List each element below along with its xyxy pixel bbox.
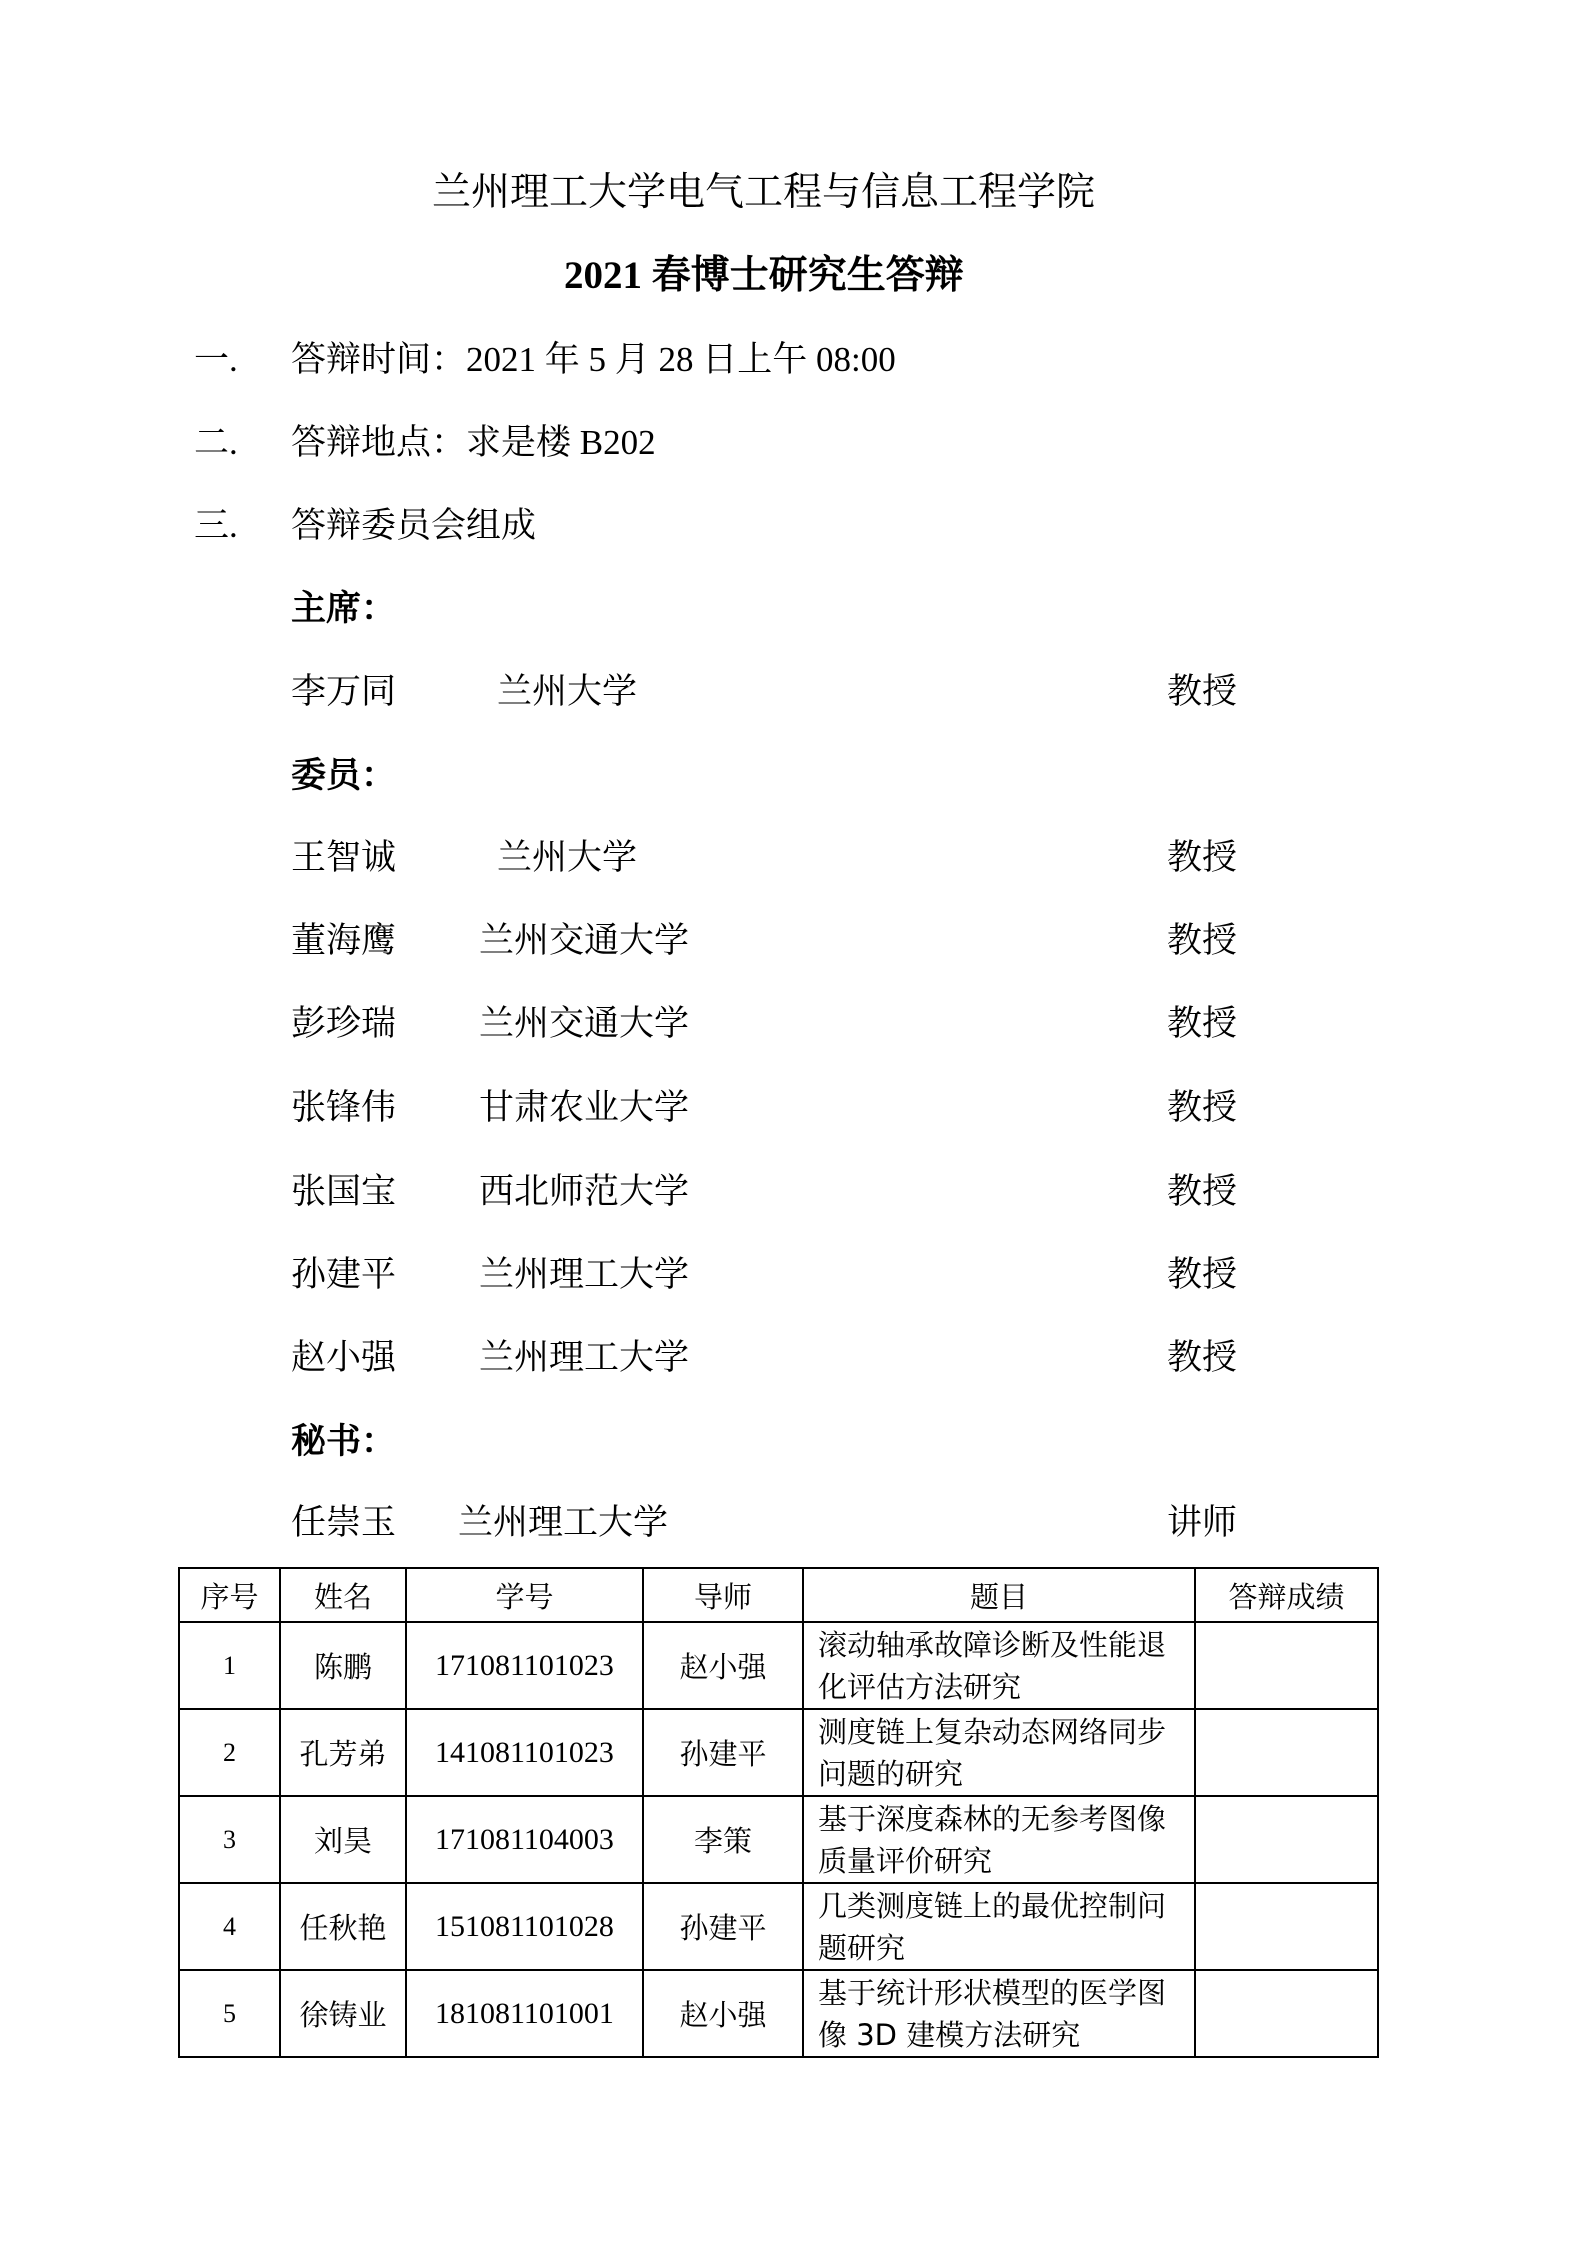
member-org: 兰州理工大学 — [479, 1255, 689, 1295]
member-org: 西北师范大学 — [479, 1172, 689, 1212]
document-subtitle: 2021 春博士研究生答辩 — [564, 254, 964, 298]
cell-name: 徐铸业 — [280, 1970, 406, 2057]
member-rank: 讲师 — [1167, 1503, 1237, 1543]
cell-score[interactable] — [1195, 1883, 1378, 1970]
defense-schedule-table: 序号 姓名 学号 导师 题目 答辩成绩 1 陈鹏 171081101023 赵小… — [178, 1567, 1379, 2058]
cell-student-id: 141081101023 — [406, 1709, 643, 1796]
section-number: 三. — [194, 506, 238, 546]
column-header-topic: 题目 — [803, 1568, 1195, 1622]
secretary-label: 秘书： — [291, 1422, 396, 1462]
cell-topic: 测度链上复杂动态网络同步问题的研究 — [803, 1709, 1195, 1796]
member-name: 王智诚 — [291, 838, 396, 878]
cell-advisor: 孙建平 — [643, 1709, 803, 1796]
table-header-row: 序号 姓名 学号 导师 题目 答辩成绩 — [179, 1568, 1378, 1622]
committee-row-member: 王智诚 兰州大学 教授 — [0, 838, 1587, 878]
member-org: 甘肃农业大学 — [479, 1088, 689, 1128]
members-label: 委员： — [291, 756, 396, 796]
column-header-student-id: 学号 — [406, 1568, 643, 1622]
table-row: 3 刘昊 171081104003 李策 基于深度森林的无参考图像质量评价研究 — [179, 1796, 1378, 1883]
member-name: 任崇玉 — [291, 1503, 396, 1543]
column-header-advisor: 导师 — [643, 1568, 803, 1622]
member-name: 孙建平 — [291, 1255, 396, 1295]
cell-name: 孔芳弟 — [280, 1709, 406, 1796]
cell-student-id: 171081104003 — [406, 1796, 643, 1883]
cell-topic: 几类测度链上的最优控制问题研究 — [803, 1883, 1195, 1970]
committee-row-chair: 李万同 兰州大学 教授 — [0, 672, 1587, 712]
table-row: 2 孔芳弟 141081101023 孙建平 测度链上复杂动态网络同步问题的研究 — [179, 1709, 1378, 1796]
member-name: 董海鹰 — [291, 921, 396, 961]
member-rank: 教授 — [1167, 1172, 1237, 1212]
section-time: 一. 答辩时间：2021 年 5 月 28 日上午 08:00 — [0, 340, 1587, 380]
column-header-no: 序号 — [179, 1568, 280, 1622]
member-rank: 教授 — [1167, 1338, 1237, 1378]
cell-topic: 基于统计形状模型的医学图像 3D 建模方法研究 — [803, 1970, 1195, 2057]
cell-name: 刘昊 — [280, 1796, 406, 1883]
member-rank: 教授 — [1167, 1255, 1237, 1295]
section-number: 二. — [194, 423, 238, 463]
member-org: 兰州大学 — [497, 672, 637, 712]
section-text: 答辩地点：求是楼 B202 — [291, 423, 656, 463]
cell-no: 1 — [179, 1622, 280, 1709]
member-org: 兰州交通大学 — [479, 1004, 689, 1044]
member-rank: 教授 — [1167, 1004, 1237, 1044]
cell-advisor: 赵小强 — [643, 1970, 803, 2057]
cell-no: 4 — [179, 1883, 280, 1970]
section-number: 一. — [194, 340, 238, 380]
cell-score[interactable] — [1195, 1796, 1378, 1883]
table-row: 1 陈鹏 171081101023 赵小强 滚动轴承故障诊断及性能退化评估方法研… — [179, 1622, 1378, 1709]
cell-topic: 滚动轴承故障诊断及性能退化评估方法研究 — [803, 1622, 1195, 1709]
member-org: 兰州理工大学 — [479, 1338, 689, 1378]
section-location: 二. 答辩地点：求是楼 B202 — [0, 423, 1587, 463]
secretary-label-text: 秘书： — [291, 1422, 396, 1461]
column-header-score: 答辩成绩 — [1195, 1568, 1378, 1622]
cell-no: 2 — [179, 1709, 280, 1796]
section-committee: 三. 答辩委员会组成 — [0, 506, 1587, 546]
committee-row-member: 董海鹰 兰州交通大学 教授 — [0, 921, 1587, 961]
section-text: 答辩委员会组成 — [291, 506, 536, 546]
member-rank: 教授 — [1167, 838, 1237, 878]
committee-row-member: 张锋伟 甘肃农业大学 教授 — [0, 1088, 1587, 1128]
cell-name: 任秋艳 — [280, 1883, 406, 1970]
members-label-text: 委员： — [291, 756, 396, 795]
cell-score[interactable] — [1195, 1970, 1378, 2057]
cell-advisor: 李策 — [643, 1796, 803, 1883]
title-line-2: 2021 春博士研究生答辩 — [564, 254, 964, 297]
table-row: 5 徐铸业 181081101001 赵小强 基于统计形状模型的医学图像 3D … — [179, 1970, 1378, 2057]
column-header-name: 姓名 — [280, 1568, 406, 1622]
table-row: 4 任秋艳 151081101028 孙建平 几类测度链上的最优控制问题研究 — [179, 1883, 1378, 1970]
member-name: 赵小强 — [291, 1338, 396, 1378]
committee-row-member: 彭珍瑞 兰州交通大学 教授 — [0, 1004, 1587, 1044]
committee-row-member: 赵小强 兰州理工大学 教授 — [0, 1338, 1587, 1378]
member-name: 彭珍瑞 — [291, 1004, 396, 1044]
cell-advisor: 赵小强 — [643, 1622, 803, 1709]
member-rank: 教授 — [1167, 921, 1237, 961]
committee-row-member: 张国宝 西北师范大学 教授 — [0, 1172, 1587, 1212]
committee-row-member: 孙建平 兰州理工大学 教授 — [0, 1255, 1587, 1295]
member-name: 张锋伟 — [291, 1088, 396, 1128]
title-line-1: 兰州理工大学电气工程与信息工程学院 — [432, 171, 1095, 214]
member-org: 兰州大学 — [497, 838, 637, 878]
cell-advisor: 孙建平 — [643, 1883, 803, 1970]
cell-student-id: 151081101028 — [406, 1883, 643, 1970]
section-text: 答辩时间：2021 年 5 月 28 日上午 08:00 — [291, 340, 896, 380]
cell-no: 3 — [179, 1796, 280, 1883]
member-org: 兰州理工大学 — [458, 1503, 668, 1543]
cell-student-id: 181081101001 — [406, 1970, 643, 2057]
member-rank: 教授 — [1167, 672, 1237, 712]
cell-name: 陈鹏 — [280, 1622, 406, 1709]
member-org: 兰州交通大学 — [479, 921, 689, 961]
member-name: 李万同 — [291, 672, 396, 712]
committee-row-secretary: 任崇玉 兰州理工大学 讲师 — [0, 1503, 1587, 1543]
cell-student-id: 171081101023 — [406, 1622, 643, 1709]
cell-no: 5 — [179, 1970, 280, 2057]
cell-score[interactable] — [1195, 1709, 1378, 1796]
member-rank: 教授 — [1167, 1088, 1237, 1128]
document-title: 兰州理工大学电气工程与信息工程学院 — [432, 171, 1095, 215]
chair-label: 主席： — [291, 589, 396, 629]
chair-label-text: 主席： — [291, 589, 396, 628]
cell-topic: 基于深度森林的无参考图像质量评价研究 — [803, 1796, 1195, 1883]
member-name: 张国宝 — [291, 1172, 396, 1212]
cell-score[interactable] — [1195, 1622, 1378, 1709]
